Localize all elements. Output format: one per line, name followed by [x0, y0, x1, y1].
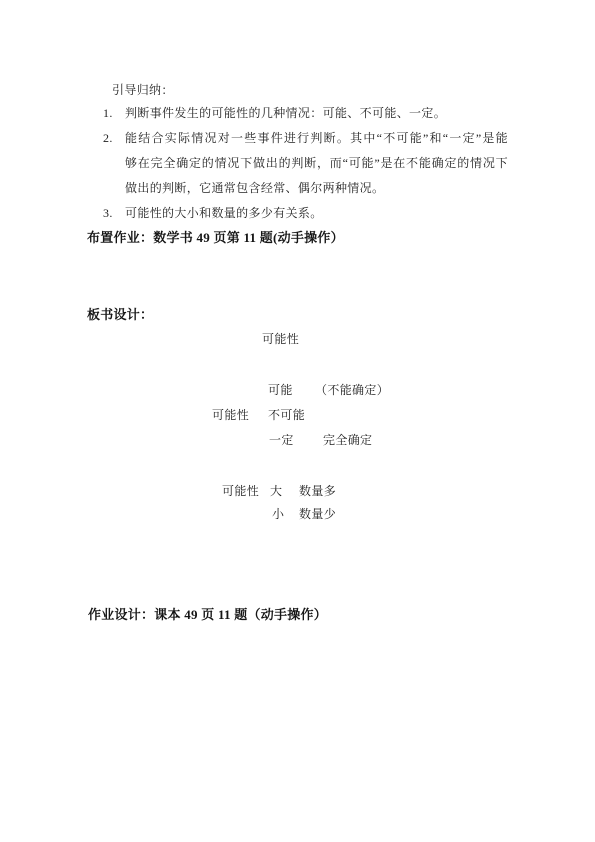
- board-note-fully-certain: 完全确定: [323, 432, 372, 448]
- list-item-3-number: 3.: [103, 205, 113, 221]
- exercise-design-line: 作业设计：课本 49 页 11 题（动手操作）: [88, 606, 327, 623]
- board-label-possibility-2: 可能性: [222, 483, 259, 499]
- board-term-small: 小: [272, 506, 284, 522]
- guide-summary-heading: 引导归纳：: [112, 82, 174, 98]
- list-item-2-text-line-3: 做出的判断，它通常包含经常、偶尔两种情况。: [125, 180, 384, 196]
- list-item-2-text-line-2: 够在完全确定的情况下做出的判断，而“可能”是在不能确定的情况下: [125, 155, 508, 171]
- board-term-possible: 可能: [268, 382, 293, 398]
- board-label-possibility: 可能性: [212, 407, 249, 423]
- list-item-2-number: 2.: [103, 130, 113, 146]
- list-item-1-text: 判断事件发生的可能性的几种情况：可能、不可能、一定。: [125, 105, 446, 121]
- board-design-heading: 板书设计：: [87, 306, 153, 323]
- list-item-1-number: 1.: [103, 105, 113, 121]
- board-term-certain: 一定: [269, 432, 294, 448]
- board-note-quantity-less: 数量少: [299, 506, 336, 522]
- list-item-3-text: 可能性的大小和数量的多少有关系。: [125, 205, 323, 221]
- list-item-2-text-line-1: 能结合实际情况对一些事件进行判断。其中“不可能”和“一定”是能: [125, 130, 508, 146]
- board-note-quantity-more: 数量多: [299, 483, 336, 499]
- homework-assignment-line: 布置作业：数学书 49 页第 11 题(动手操作）: [87, 229, 344, 246]
- board-title-possibility: 可能性: [262, 331, 299, 347]
- board-term-impossible: 不可能: [268, 407, 305, 423]
- board-term-large: 大: [270, 483, 282, 499]
- board-note-not-certain: （不能确定）: [315, 382, 389, 398]
- document-page: 引导归纳： 1. 判断事件发生的可能性的几种情况：可能、不可能、一定。 2. 能…: [0, 0, 595, 842]
